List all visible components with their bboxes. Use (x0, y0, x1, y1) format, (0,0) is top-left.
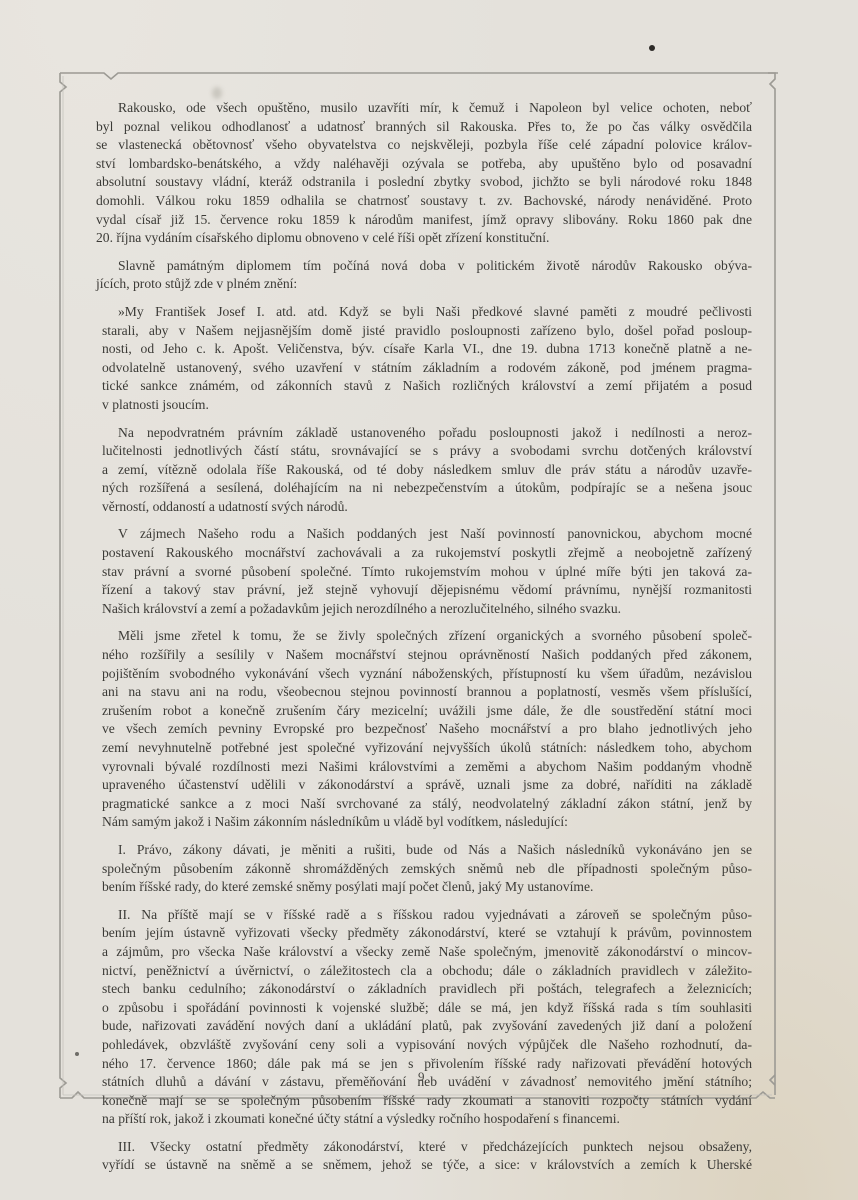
text-line: řízení a takový stav právní, jež stejně … (96, 581, 752, 600)
text-line: věrností, oddaností a udatností svých ná… (96, 498, 752, 517)
text-line: Našich království a zemí a požadavkům je… (96, 600, 752, 619)
text-line: starali, aby v Našem nejjasnějším domě j… (96, 322, 752, 341)
text-line: 20. října vydáním císařského diplomu obn… (96, 229, 752, 248)
text-line: bude, nařizovati zavádění nových daní a … (96, 1017, 752, 1036)
text-line: a zemí, vítězně odolala říše Rakouská, o… (96, 461, 752, 480)
text-line: v platnosti jsoucím. (96, 396, 752, 415)
text-line: »My František Josef I. atd. atd. Když se… (96, 303, 752, 322)
text-line: zrušením robot a konečně zrušením čáry m… (96, 702, 752, 721)
text-line: stech banku cedulního; zákonodárství o z… (96, 980, 752, 999)
text-line: V zájmech Našeho rodu a Našich poddaných… (96, 525, 752, 544)
text-line: III. Všecky ostatní předměty zákonodárst… (96, 1138, 752, 1157)
paragraph-p6: Měli jsme zřetel k tomu, že se živly spo… (96, 627, 752, 832)
paragraph-p7: I. Právo, zákony dávati, je měniti a ruš… (96, 841, 752, 897)
text-line: lučitelnosti jednotlivých částí státu, s… (96, 442, 752, 461)
text-line: stav právní a svorné působení společné. … (96, 563, 752, 582)
paragraph-p5: V zájmech Našeho rodu a Našich poddaných… (96, 525, 752, 618)
text-line: Rakousko, ode všech opuštěno, musilo uza… (96, 99, 752, 118)
text-line: Na nepodvratném právním základě ustanove… (96, 424, 752, 443)
text-line: se vlastenecká obětovnosť všeho obyvatel… (96, 136, 752, 155)
text-line: vyřídí se ústavně na sněmě a se sněmem, … (96, 1156, 752, 1175)
page-number: 9 (418, 1069, 425, 1085)
paragraph-p3: »My František Josef I. atd. atd. Když se… (96, 303, 752, 415)
margin-dot (75, 1052, 79, 1056)
text-line: nosti, od Jeho c. k. Apošt. Veličenstva,… (96, 340, 752, 359)
text-line: konečně mají se se společným působením ř… (96, 1092, 752, 1111)
text-line: ství lombardsko-benátského, a vždy naléh… (96, 155, 752, 174)
paragraph-p8: II. Na příště mají se v říšské radě a s … (96, 906, 752, 1129)
text-line: Měli jsme zřetel k tomu, že se živly spo… (96, 627, 752, 646)
paragraph-p4: Na nepodvratném právním základě ustanove… (96, 424, 752, 517)
text-line: ných rozšířená a sesílená, doléhajícím n… (96, 479, 752, 498)
text-line: nictví, peněžnictví a úvěrnictví, o zále… (96, 962, 752, 981)
text-line: postavení Rakouského mocnářství zachováv… (96, 544, 752, 563)
text-line: bením říšské rady, do které zemské sněmy… (96, 878, 752, 897)
text-line: tické sankce známém, od zákonních stavů … (96, 377, 752, 396)
text-line: bením jejím ústavně vyřizovati všecky př… (96, 924, 752, 943)
paper-smudge (212, 87, 222, 99)
text-line: pojištěním svobodného vykonávání všech v… (96, 665, 752, 684)
text-line: upraveného účastenství udělili v zákonod… (96, 776, 752, 795)
paragraph-p2: Slavně památným diplomem tím počíná nová… (96, 257, 752, 294)
text-line: domohli. Válkou roku 1859 odhalila se ch… (96, 192, 752, 211)
text-line: společným působením zákonně shromážděnýc… (96, 860, 752, 879)
text-line: I. Právo, zákony dávati, je měniti a ruš… (96, 841, 752, 860)
text-line: na příští rok, jakož i zkoumati konečné … (96, 1110, 752, 1129)
text-line: o způsobu i spořádání povinnosti k vojen… (96, 999, 752, 1018)
text-line: Slavně památným diplomem tím počíná nová… (96, 257, 752, 276)
text-line: vydal císař již 15. července roku 1859 k… (96, 211, 752, 230)
text-line: II. Na příště mají se v říšské radě a s … (96, 906, 752, 925)
text-line: a zájmům, pro všecka Naše království a v… (96, 943, 752, 962)
scanned-page: Rakousko, ode všech opuštěno, musilo uza… (0, 0, 858, 1200)
ink-speck (649, 45, 655, 51)
text-line: ani na stavu ani na rodu, všeobecnou ste… (96, 683, 752, 702)
text-line: ve všech zemích pevniny Evropské pro bez… (96, 720, 752, 739)
text-line: odvolatelně ustanovený, svého uzavření v… (96, 359, 752, 378)
text-line: byl poznal velikou odhodlanosť a udatnos… (96, 118, 752, 137)
text-line: vyrovnali bývalé rozdílnosti mezi Našimi… (96, 758, 752, 777)
text-line: ného rozšířily a sesílily v Našem mocnář… (96, 646, 752, 665)
text-line: zemí nevyhnutelně potřebné jest společné… (96, 739, 752, 758)
text-line: jících, proto stůjž zde v plném znění: (96, 275, 752, 294)
text-line: absolutní soustavy vládní, kteráž odstra… (96, 173, 752, 192)
text-line: pragmatické sankce a z moci Naší svrchov… (96, 795, 752, 814)
body-text: Rakousko, ode všech opuštěno, musilo uza… (96, 99, 752, 1184)
paragraph-p1: Rakousko, ode všech opuštěno, musilo uza… (96, 99, 752, 248)
text-line: Nám samým jakož i Našim zákonním následn… (96, 813, 752, 832)
paragraph-p9: III. Všecky ostatní předměty zákonodárst… (96, 1138, 752, 1175)
text-line: pohledávek, obzvláště zvyšování ceny sol… (96, 1036, 752, 1055)
